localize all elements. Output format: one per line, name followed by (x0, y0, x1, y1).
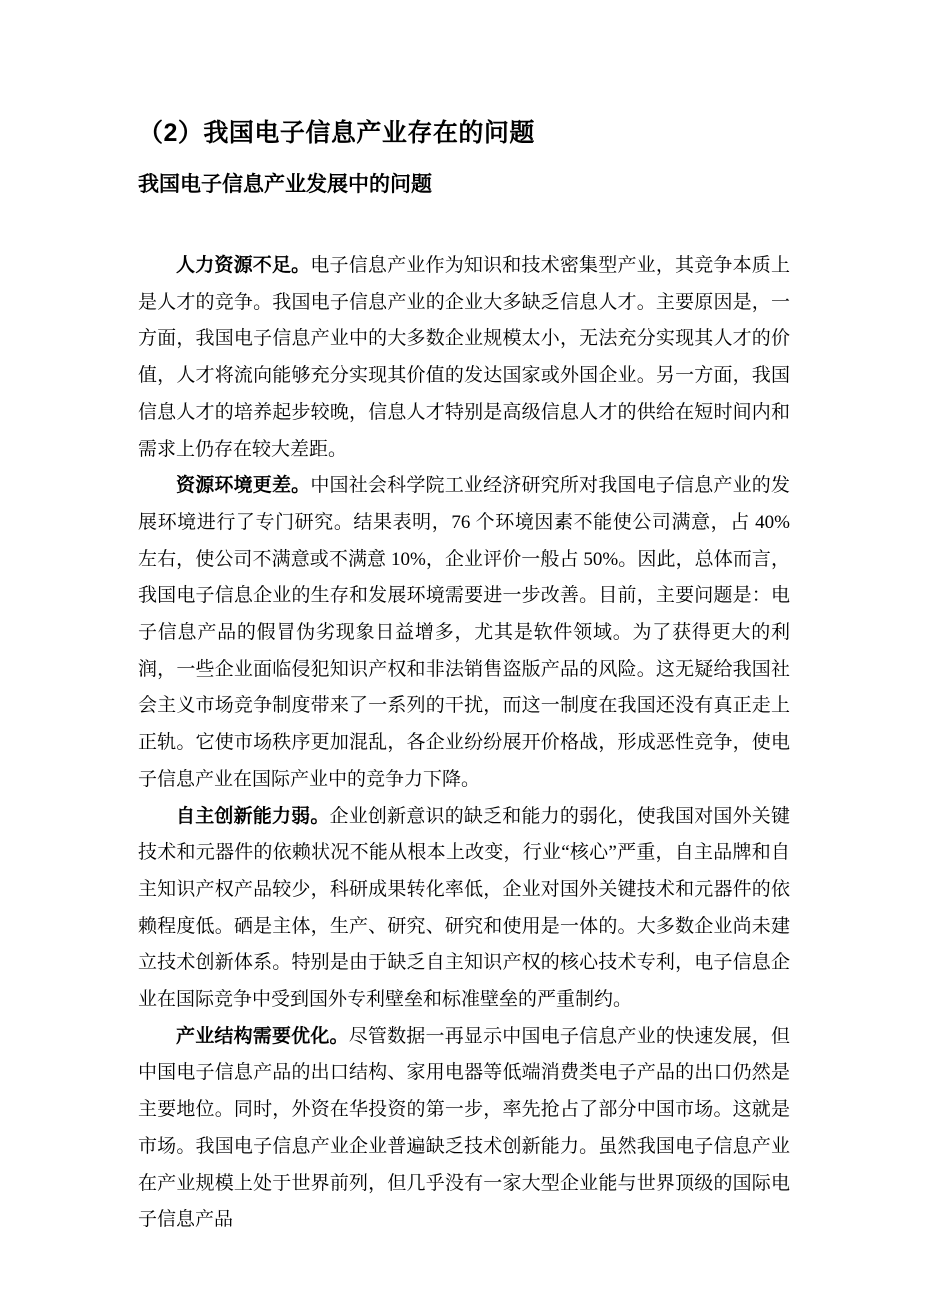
paragraph-text-industrial-structure: 尽管数据一再显示中国电子信息产业的快速发展，但中国电子信息产品的出口结构、家用电… (138, 1026, 790, 1231)
paragraph-lead-human-resources: 人力资源不足。 (176, 255, 310, 276)
document-title: （2）我国电子信息产业存在的问题 (138, 114, 790, 152)
paragraph-lead-resource-environment: 资源环境更差。 (176, 475, 310, 496)
document-page: （2）我国电子信息产业存在的问题 我国电子信息产业发展中的问题 人力资源不足。电… (0, 0, 926, 1309)
paragraph-text-independent-innovation: 企业创新意识的缺乏和能力的弱化，使我国对国外关键技术和元器件的依赖状况不能从根本… (138, 806, 790, 1011)
document-body: 人力资源不足。电子信息产业作为知识和技术密集型产业，其竞争本质上是人才的竞争。我… (138, 248, 790, 1239)
paragraph-lead-independent-innovation: 自主创新能力弱。 (176, 806, 330, 827)
paragraph-resource-environment: 资源环境更差。中国社会科学院工业经济研究所对我国电子信息产业的发展环境进行了专门… (138, 468, 790, 798)
paragraph-independent-innovation: 自主创新能力弱。企业创新意识的缺乏和能力的弱化，使我国对国外关键技术和元器件的依… (138, 799, 790, 1019)
paragraph-lead-industrial-structure: 产业结构需要优化。 (176, 1026, 349, 1047)
paragraph-industrial-structure: 产业结构需要优化。尽管数据一再显示中国电子信息产业的快速发展，但中国电子信息产品… (138, 1019, 790, 1239)
paragraph-text-resource-environment: 中国社会科学院工业经济研究所对我国电子信息产业的发展环境进行了专门研究。结果表明… (138, 475, 790, 790)
document-subtitle: 我国电子信息产业发展中的问题 (138, 170, 790, 200)
paragraph-human-resources: 人力资源不足。电子信息产业作为知识和技术密集型产业，其竞争本质上是人才的竞争。我… (138, 248, 790, 468)
paragraph-text-human-resources: 电子信息产业作为知识和技术密集型产业，其竞争本质上是人才的竞争。我国电子信息产业… (138, 255, 790, 460)
